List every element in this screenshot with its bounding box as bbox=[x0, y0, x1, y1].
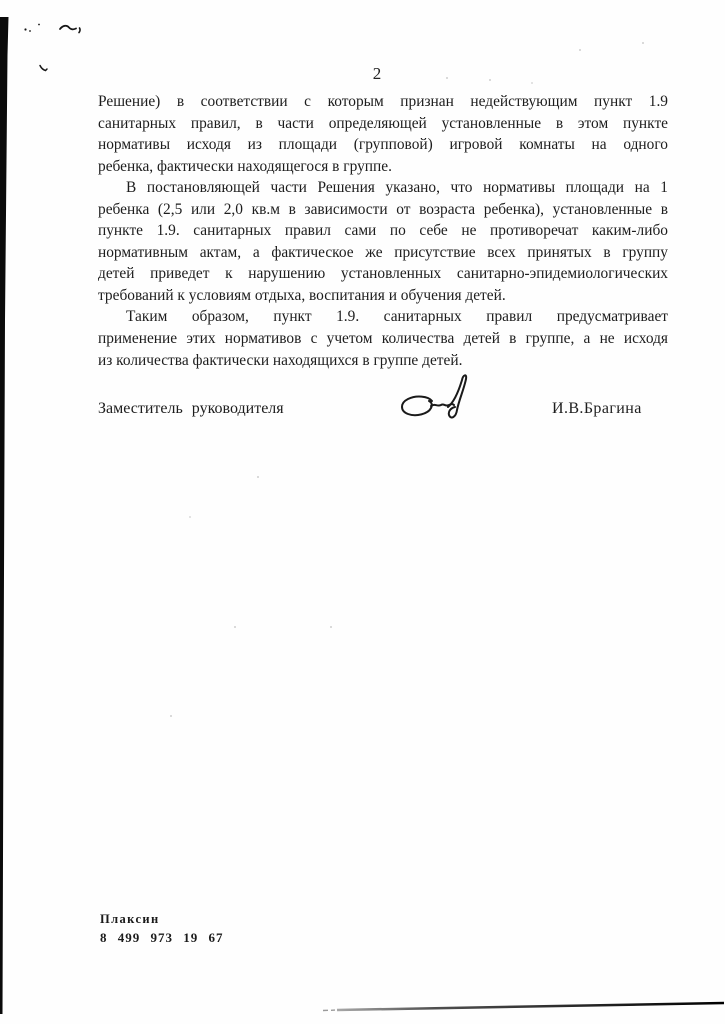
text-line: применение этих нормативов с учетом коли… bbox=[98, 328, 668, 350]
scan-artifact-bottom-line bbox=[323, 1003, 724, 1011]
text-line: требований к условиям отдыха, воспитания… bbox=[98, 285, 668, 307]
document-body: Решение) в соответствии с которым призна… bbox=[98, 91, 668, 371]
scan-artifact-left-edge bbox=[0, 17, 9, 1014]
signatory-name: И.В.Брагина bbox=[552, 400, 642, 418]
signature-icon bbox=[385, 362, 485, 428]
text-line: пункте 1.9. санитарных правил сами по се… bbox=[98, 220, 668, 242]
text-line: Таким образом, пункт 1.9. санитарных пра… bbox=[98, 306, 668, 328]
text-line: из количества фактически находящихся в г… bbox=[98, 350, 668, 372]
text-line: детей приведет к нарушению установленных… bbox=[98, 263, 668, 285]
page-number: 2 bbox=[362, 64, 392, 84]
signatory-title: Заместитель руководителя bbox=[98, 400, 284, 418]
text-line: ребенка, фактически находящегося в групп… bbox=[98, 156, 668, 178]
executor-name: Плаксин bbox=[100, 912, 224, 927]
text-line: В постановляющей части Решения указано, … bbox=[98, 177, 668, 199]
text-line: нормативы исходя из площади (групповой) … bbox=[98, 134, 668, 156]
text-line: нормативным актам, а фактическое же прис… bbox=[98, 242, 668, 264]
footer: Плаксин 8 499 973 19 67 bbox=[100, 912, 224, 946]
executor-phone: 8 499 973 19 67 bbox=[100, 930, 224, 946]
ink-marks bbox=[24, 24, 80, 71]
scanned-document-page: 2 Решение) в соответствии с которым приз… bbox=[0, 0, 725, 1024]
text-line: ребенка (2,5 или 2,0 кв.м в зависимости … bbox=[98, 199, 668, 221]
text-line: Решение) в соответствии с которым призна… bbox=[98, 91, 668, 113]
text-line: санитарных правил, в части определяющей … bbox=[98, 113, 668, 135]
